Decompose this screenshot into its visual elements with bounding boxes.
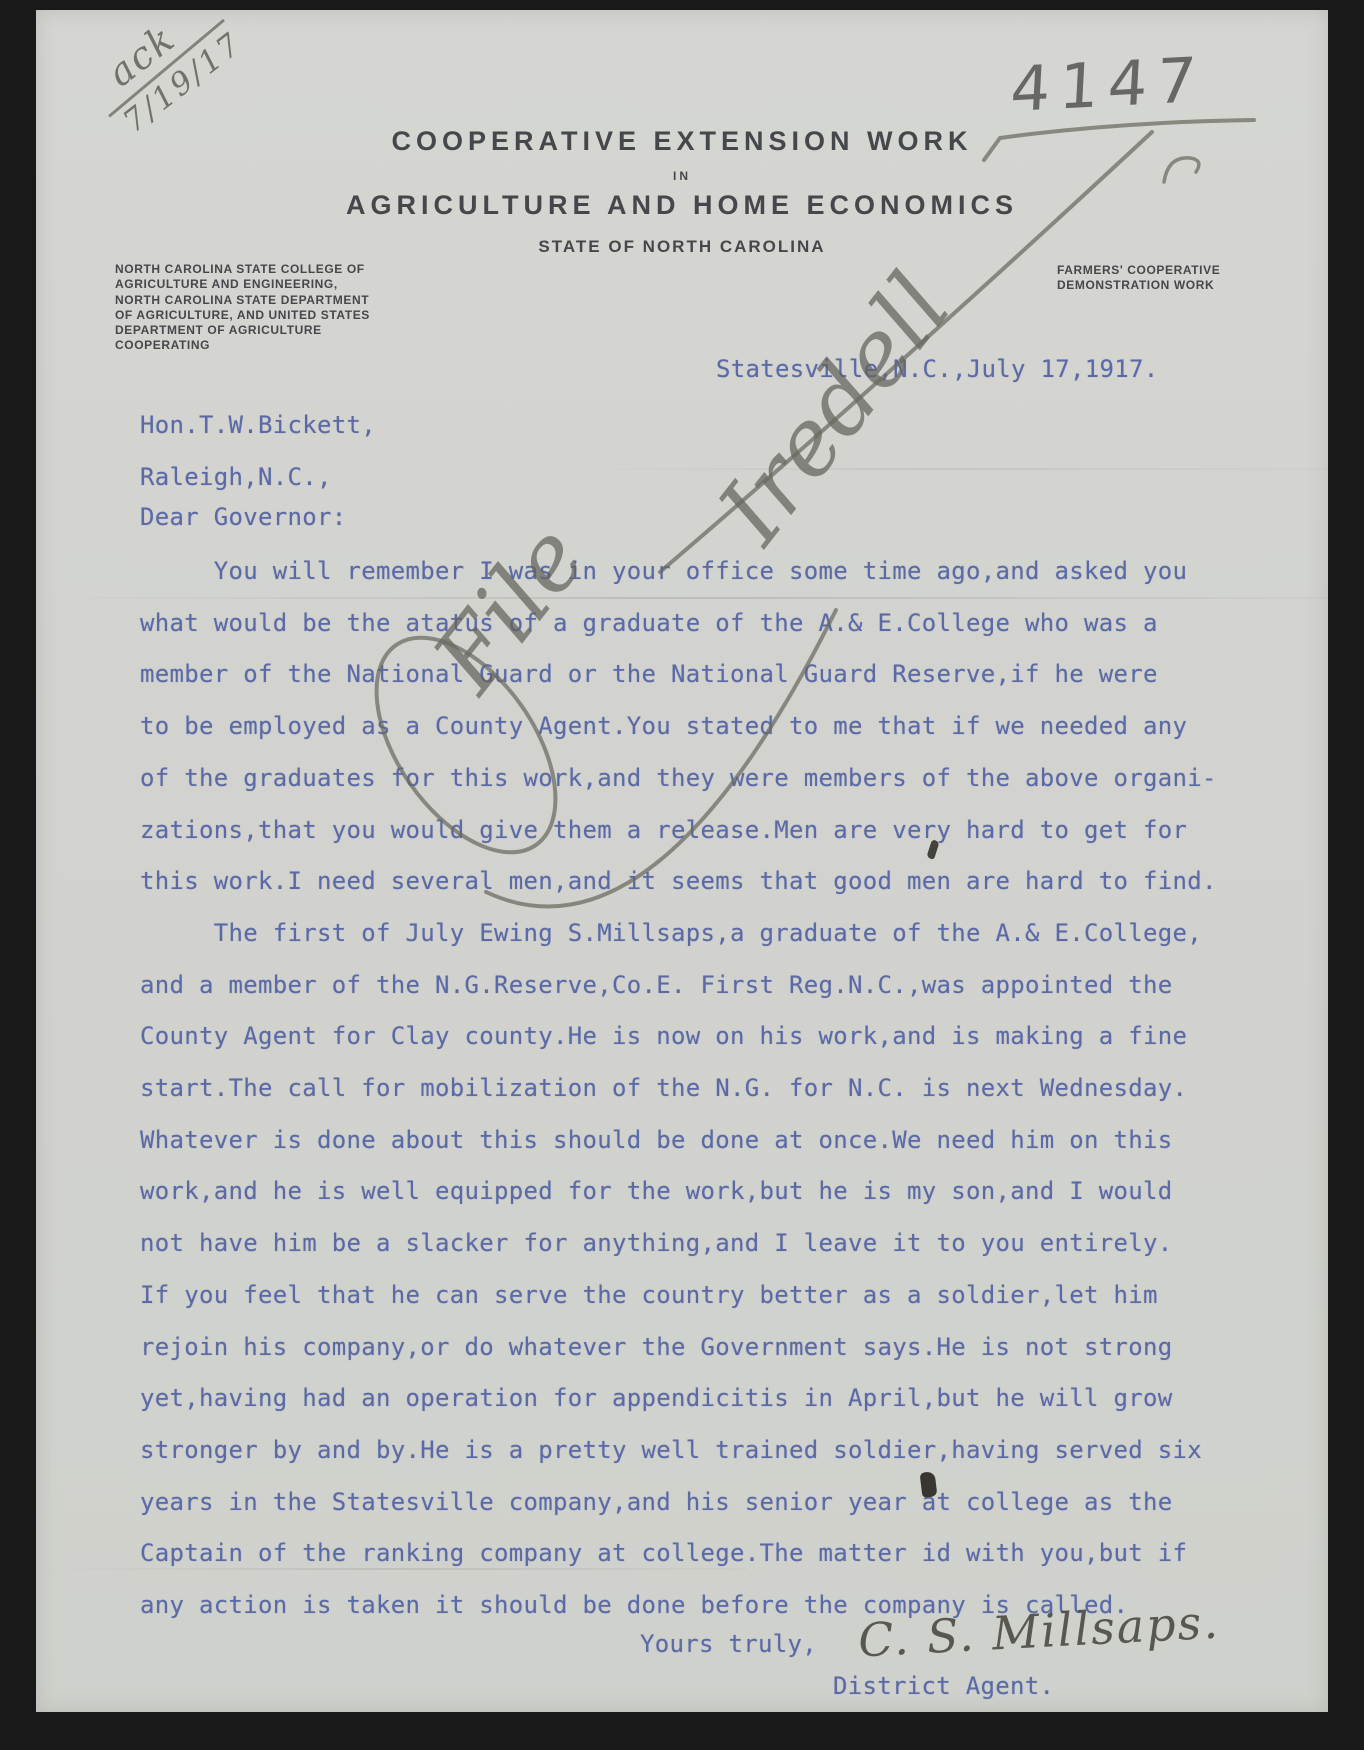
letterhead-left-line: NORTH CAROLINA STATE COLLEGE OF [115,262,445,277]
body-line: years in the Statesville company,and his… [140,1477,1217,1529]
letterhead-connector: IN [36,169,1328,183]
body-line: not have him be a slacker for anything,a… [140,1218,1217,1270]
letterhead-left-line: DEPARTMENT OF AGRICULTURE [115,323,445,338]
letterhead-title-line1: COOPERATIVE EXTENSION WORK [36,126,1328,157]
body-line: member of the National Guard or the Nati… [140,649,1217,701]
letterhead-left-line: NORTH CAROLINA STATE DEPARTMENT [115,293,445,308]
pencil-scrawl-word-2: Iredell [698,255,971,563]
letterhead-right-line: FARMERS' COOPERATIVE [1057,263,1317,278]
scanned-letter-page: { "colors":{ "paper":"#d2d3cf", "scan_ba… [0,0,1364,1750]
body-line: yet,having had an operation for appendic… [140,1373,1217,1425]
body-line: Whatever is done about this should be do… [140,1115,1217,1167]
paper-crease [553,468,1328,470]
body-line: of the graduates for this work,and they … [140,753,1217,805]
body-line: You will remember I was in your office s… [140,546,1217,598]
body-line: The first of July Ewing S.Millsaps,a gra… [140,908,1217,960]
letterhead-right-line: DEMONSTRATION WORK [1057,278,1317,293]
body-line: and a member of the N.G.Reserve,Co.E. Fi… [140,960,1217,1012]
letterhead-left-line: AGRICULTURE AND ENGINEERING, [115,277,445,292]
body-line: stronger by and by.He is a pretty well t… [140,1425,1217,1477]
recipient-line: Raleigh,N.C., [140,452,376,504]
salutation: Dear Governor: [140,503,347,531]
letter-paper: COOPERATIVE EXTENSION WORK IN AGRICULTUR… [36,10,1328,1712]
recipient-line: Hon.T.W.Bickett, [140,400,376,452]
closing: Yours truly, [640,1630,817,1658]
recipient-address: Hon.T.W.Bickett,Raleigh,N.C., [140,400,376,503]
letterhead-right-block: FARMERS' COOPERATIVEDEMONSTRATION WORK [1057,263,1317,294]
letterhead-left-line: OF AGRICULTURE, AND UNITED STATES [115,308,445,323]
body-line: Captain of the ranking company at colleg… [140,1528,1217,1580]
body-line: to be employed as a County Agent.You sta… [140,701,1217,753]
body-line: If you feel that he can serve the countr… [140,1270,1217,1322]
file-number-annotation: 4147 [1009,43,1207,126]
signer-title: District Agent. [833,1672,1054,1700]
body-line: County Agent for Clay county.He is now o… [140,1011,1217,1063]
body-line: zations,that you would give them a relea… [140,805,1217,857]
body-line: rejoin his company,or do whatever the Go… [140,1322,1217,1374]
body-line: what would be the atatus of a graduate o… [140,598,1217,650]
letterhead-state-line: STATE OF NORTH CAROLINA [36,237,1328,257]
letter-body: You will remember I was in your office s… [140,546,1217,1632]
letterhead-title-line2: AGRICULTURE AND HOME ECONOMICS [36,190,1328,221]
letterhead-left-block: NORTH CAROLINA STATE COLLEGE OFAGRICULTU… [115,262,445,354]
body-line: start.The call for mobilization of the N… [140,1063,1217,1115]
body-line: work,and he is well equipped for the wor… [140,1166,1217,1218]
letterhead-left-line: COOPERATING [115,338,445,353]
body-line: this work.I need several men,and it seem… [140,856,1217,908]
